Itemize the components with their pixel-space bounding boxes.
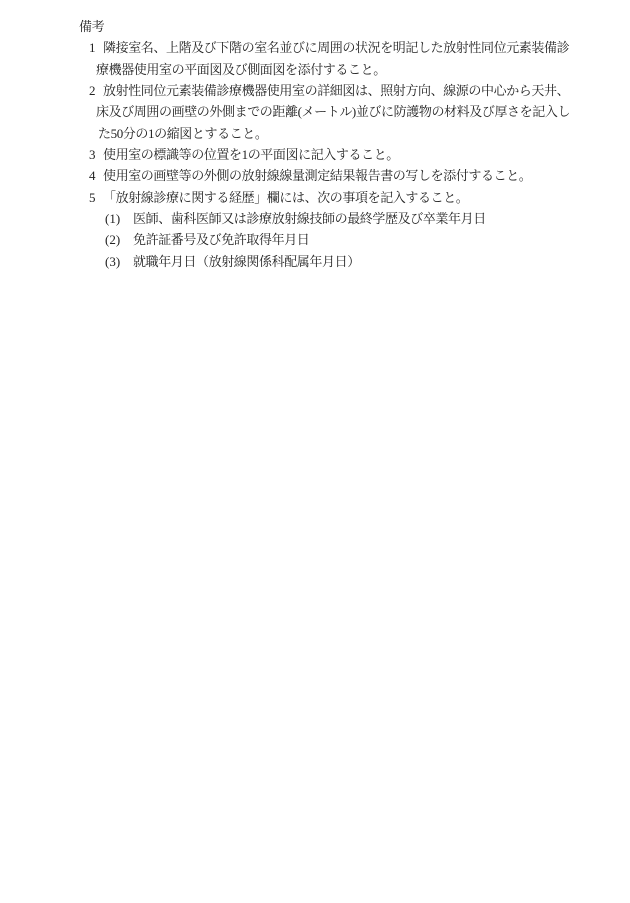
note-item-5-number: 5 bbox=[89, 187, 103, 208]
remarks-heading: 備考 bbox=[0, 16, 630, 37]
note-item-1-text-line-2: 療機器使用室の平面図及び側面図を添付すること。 bbox=[0, 59, 630, 80]
note-item-4: 4使用室の画壁等の外側の放射線線量測定結果報告書の写しを添付すること。 bbox=[0, 165, 630, 186]
note-item-1-text-line-1: 隣接室名、上階及び下階の室名並びに周囲の状況を明記した放射性同位元素装備診 bbox=[103, 40, 569, 55]
note-item-4-text: 使用室の画壁等の外側の放射線線量測定結果報告書の写しを添付すること。 bbox=[103, 168, 531, 183]
note-item-1: 1隣接室名、上階及び下階の室名並びに周囲の状況を明記した放射性同位元素装備診 bbox=[0, 37, 630, 58]
note-subitem-2-number: (2) bbox=[105, 229, 133, 250]
note-item-5-text: 「放射線診療に関する経歴」欄には、次の事項を記入すること。 bbox=[103, 190, 468, 205]
note-item-4-number: 4 bbox=[89, 165, 103, 186]
note-subitem-1-number: (1) bbox=[105, 208, 133, 229]
note-subitem-3-number: (3) bbox=[105, 251, 133, 272]
remarks-section: 備考 1隣接室名、上階及び下階の室名並びに周囲の状況を明記した放射性同位元素装備… bbox=[0, 16, 630, 272]
note-subitem-3-text: 就職年月日（放射線関係科配属年月日） bbox=[133, 254, 360, 269]
note-item-2: 2放射性同位元素装備診療機器使用室の詳細図は、照射方向、線源の中心から天井、 bbox=[0, 80, 630, 101]
document-page: 備考 1隣接室名、上階及び下階の室名並びに周囲の状況を明記した放射性同位元素装備… bbox=[0, 0, 630, 903]
note-item-2-text-line-3: た50分の1の縮図とすること。 bbox=[0, 123, 630, 144]
note-subitem-2-text: 免許証番号及び免許取得年月日 bbox=[133, 232, 309, 247]
note-item-3-number: 3 bbox=[89, 144, 103, 165]
note-subitem-2: (2)免許証番号及び免許取得年月日 bbox=[0, 229, 630, 250]
note-item-1-number: 1 bbox=[89, 37, 103, 58]
note-item-3-text: 使用室の標識等の位置を1の平面図に記入すること。 bbox=[103, 147, 399, 162]
note-subitem-1-text: 医師、歯科医師又は診療放射線技師の最終学歴及び卒業年月日 bbox=[133, 211, 486, 226]
note-subitem-1: (1)医師、歯科医師又は診療放射線技師の最終学歴及び卒業年月日 bbox=[0, 208, 630, 229]
note-item-5: 5「放射線診療に関する経歴」欄には、次の事項を記入すること。 bbox=[0, 187, 630, 208]
note-item-2-text-line-1: 放射性同位元素装備診療機器使用室の詳細図は、照射方向、線源の中心から天井、 bbox=[103, 83, 569, 98]
note-item-2-number: 2 bbox=[89, 80, 103, 101]
note-item-2-text-line-2: 床及び周囲の画壁の外側までの距離(メートル)並びに防護物の材料及び厚さを記入し bbox=[0, 101, 630, 122]
note-subitem-3: (3)就職年月日（放射線関係科配属年月日） bbox=[0, 251, 630, 272]
note-item-3: 3使用室の標識等の位置を1の平面図に記入すること。 bbox=[0, 144, 630, 165]
